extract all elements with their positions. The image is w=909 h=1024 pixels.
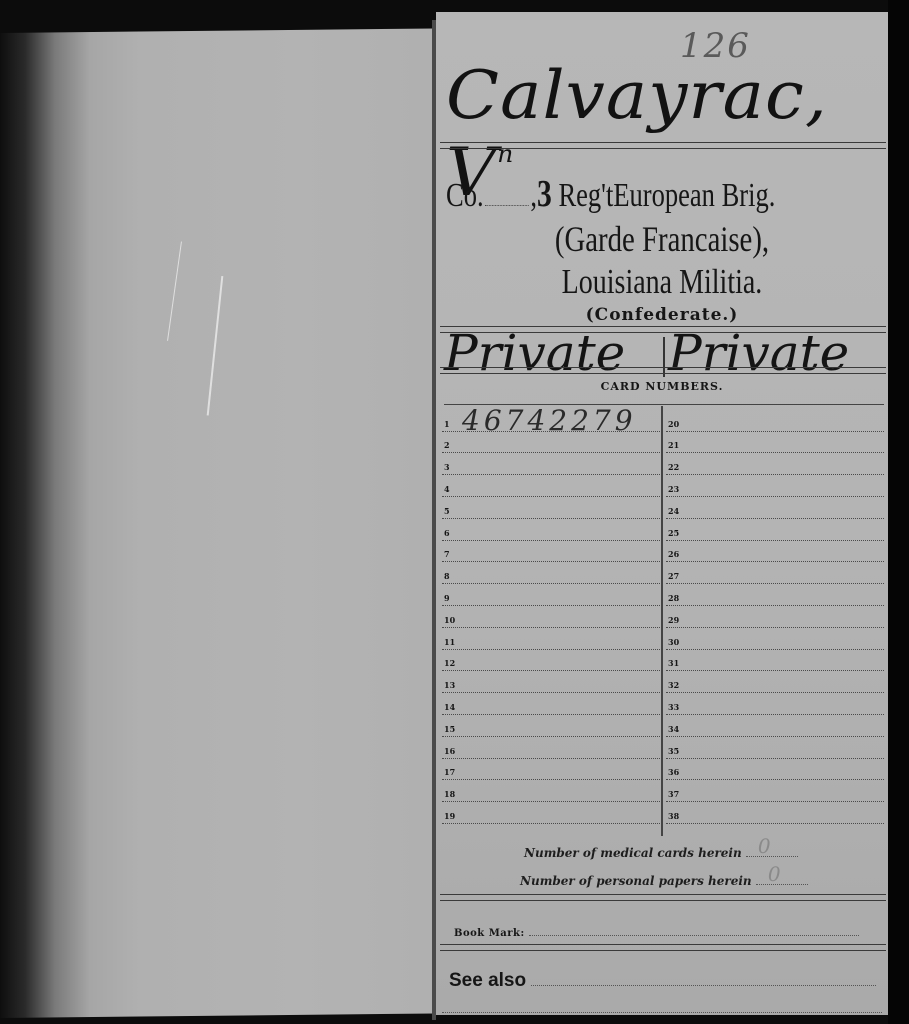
- row-number: 26: [668, 549, 679, 559]
- card-number-row: 38: [666, 801, 884, 824]
- row-number: 23: [668, 484, 679, 494]
- row-number: 10: [444, 615, 455, 625]
- row-number: 1: [444, 419, 450, 429]
- unit-subtitle: (Garde Francaise),: [481, 218, 843, 260]
- row-number: 8: [444, 571, 450, 581]
- card-number-row: 29: [666, 605, 884, 628]
- row-number: 16: [444, 746, 455, 756]
- card-number-row: 26: [666, 540, 884, 563]
- see-also-extra-line: [442, 1012, 882, 1013]
- card-number-row: 20: [666, 409, 884, 432]
- row-number: 32: [668, 680, 679, 690]
- card-number-row: 35: [666, 736, 884, 759]
- card-number-row: 8: [442, 562, 660, 585]
- row-number: 6: [444, 528, 450, 538]
- book-mark-line: Book Mark:: [454, 928, 859, 939]
- card-number-row: 10: [442, 605, 660, 628]
- personal-papers-field: 0: [756, 884, 808, 885]
- row-number: 15: [444, 724, 455, 734]
- row-number: 24: [668, 506, 679, 516]
- row-number: 37: [668, 789, 679, 799]
- card-number-row: 17: [442, 758, 660, 781]
- card-number-row: 28: [666, 583, 884, 606]
- card-number-row: 7: [442, 540, 660, 563]
- unit-heading: Co.,3 Reg'tEuropean Brig.: [446, 172, 775, 216]
- see-also-field: [531, 985, 876, 986]
- section-rule: [440, 894, 886, 901]
- row-number: 21: [668, 440, 679, 450]
- card-number-row: 22: [666, 453, 884, 476]
- affiliation: (Confederate.): [436, 305, 888, 325]
- row-number: 29: [668, 615, 679, 625]
- scan-border: [888, 0, 909, 1024]
- card-number-row: 18: [442, 780, 660, 803]
- regiment-number: 3: [537, 173, 552, 215]
- card-number-row: 19: [442, 801, 660, 824]
- card-number-row: 13: [442, 671, 660, 694]
- row-number: 9: [444, 593, 450, 603]
- card-number-row: 31: [666, 649, 884, 672]
- card-number-row: 14: [442, 692, 660, 715]
- name-underline: [440, 142, 886, 149]
- row-number: 35: [668, 746, 679, 756]
- blank-left-page: [0, 28, 434, 1018]
- rank-bottom-rule: [440, 367, 886, 374]
- card-number-row: 27: [666, 562, 884, 585]
- scratch-mark: [167, 242, 182, 341]
- card-number-row: 33: [666, 692, 884, 715]
- card-number-row: 34: [666, 714, 884, 737]
- card-number-row: 4: [442, 474, 660, 497]
- book-mark-field: [529, 935, 859, 936]
- row-number: 28: [668, 593, 679, 603]
- row-number: 27: [668, 571, 679, 581]
- row-number: 19: [444, 811, 455, 821]
- card-number-row: 32: [666, 671, 884, 694]
- row-number: 20: [668, 419, 679, 429]
- personal-papers-line: Number of personal papers herein 0: [520, 874, 808, 888]
- row-number: 2: [444, 440, 450, 450]
- card-number-row: 12: [442, 649, 660, 672]
- card-number-row: 37: [666, 780, 884, 803]
- row-number: 36: [668, 767, 679, 777]
- row-number: 7: [444, 549, 450, 559]
- medical-cards-line: Number of medical cards herein 0: [524, 846, 798, 860]
- card-number-row: 36: [666, 758, 884, 781]
- state-militia: Louisiana Militia.: [481, 262, 843, 302]
- row-number: 11: [444, 637, 455, 647]
- row-number: 25: [668, 528, 679, 538]
- card-number-row: 11: [442, 627, 660, 650]
- card-number-row: 21: [666, 431, 884, 454]
- row-number: 13: [444, 680, 455, 690]
- scratch-mark: [207, 276, 224, 416]
- card-number-row: 3: [442, 453, 660, 476]
- medical-cards-field: 0: [746, 856, 798, 857]
- row-number: 38: [668, 811, 679, 821]
- row-number: 30: [668, 637, 679, 647]
- row-number: 4: [444, 484, 450, 494]
- card-number-row: 24: [666, 496, 884, 519]
- card-numbers-title: CARD NUMBERS.: [436, 380, 888, 393]
- row-number: 18: [444, 789, 455, 799]
- row-number: 34: [668, 724, 679, 734]
- card-number-row: 6: [442, 518, 660, 541]
- row-number: 22: [668, 462, 679, 472]
- card-number-row: 30: [666, 627, 884, 650]
- row-number: 3: [444, 462, 450, 472]
- card-number-row: 146742279: [442, 409, 660, 432]
- row-number: 33: [668, 702, 679, 712]
- row-number: 12: [444, 658, 455, 668]
- row-number: 14: [444, 702, 455, 712]
- see-also-line: See also: [449, 970, 876, 992]
- card-number-row: 23: [666, 474, 884, 497]
- section-rule: [440, 944, 886, 951]
- card-number-row: 2: [442, 431, 660, 454]
- card-number-row: 5: [442, 496, 660, 519]
- index-card: 126 Calvayrac, Vn Co.,3 Reg'tEuropean Br…: [436, 12, 888, 1015]
- row-number: 5: [444, 506, 450, 516]
- row-number: 17: [444, 767, 455, 777]
- card-number-row: 16: [442, 736, 660, 759]
- row-number: 31: [668, 658, 679, 668]
- company-field: [485, 205, 529, 206]
- card-number-row: 25: [666, 518, 884, 541]
- card-number-row: 15: [442, 714, 660, 737]
- card-number-row: 9: [442, 583, 660, 606]
- column-divider: [661, 406, 663, 836]
